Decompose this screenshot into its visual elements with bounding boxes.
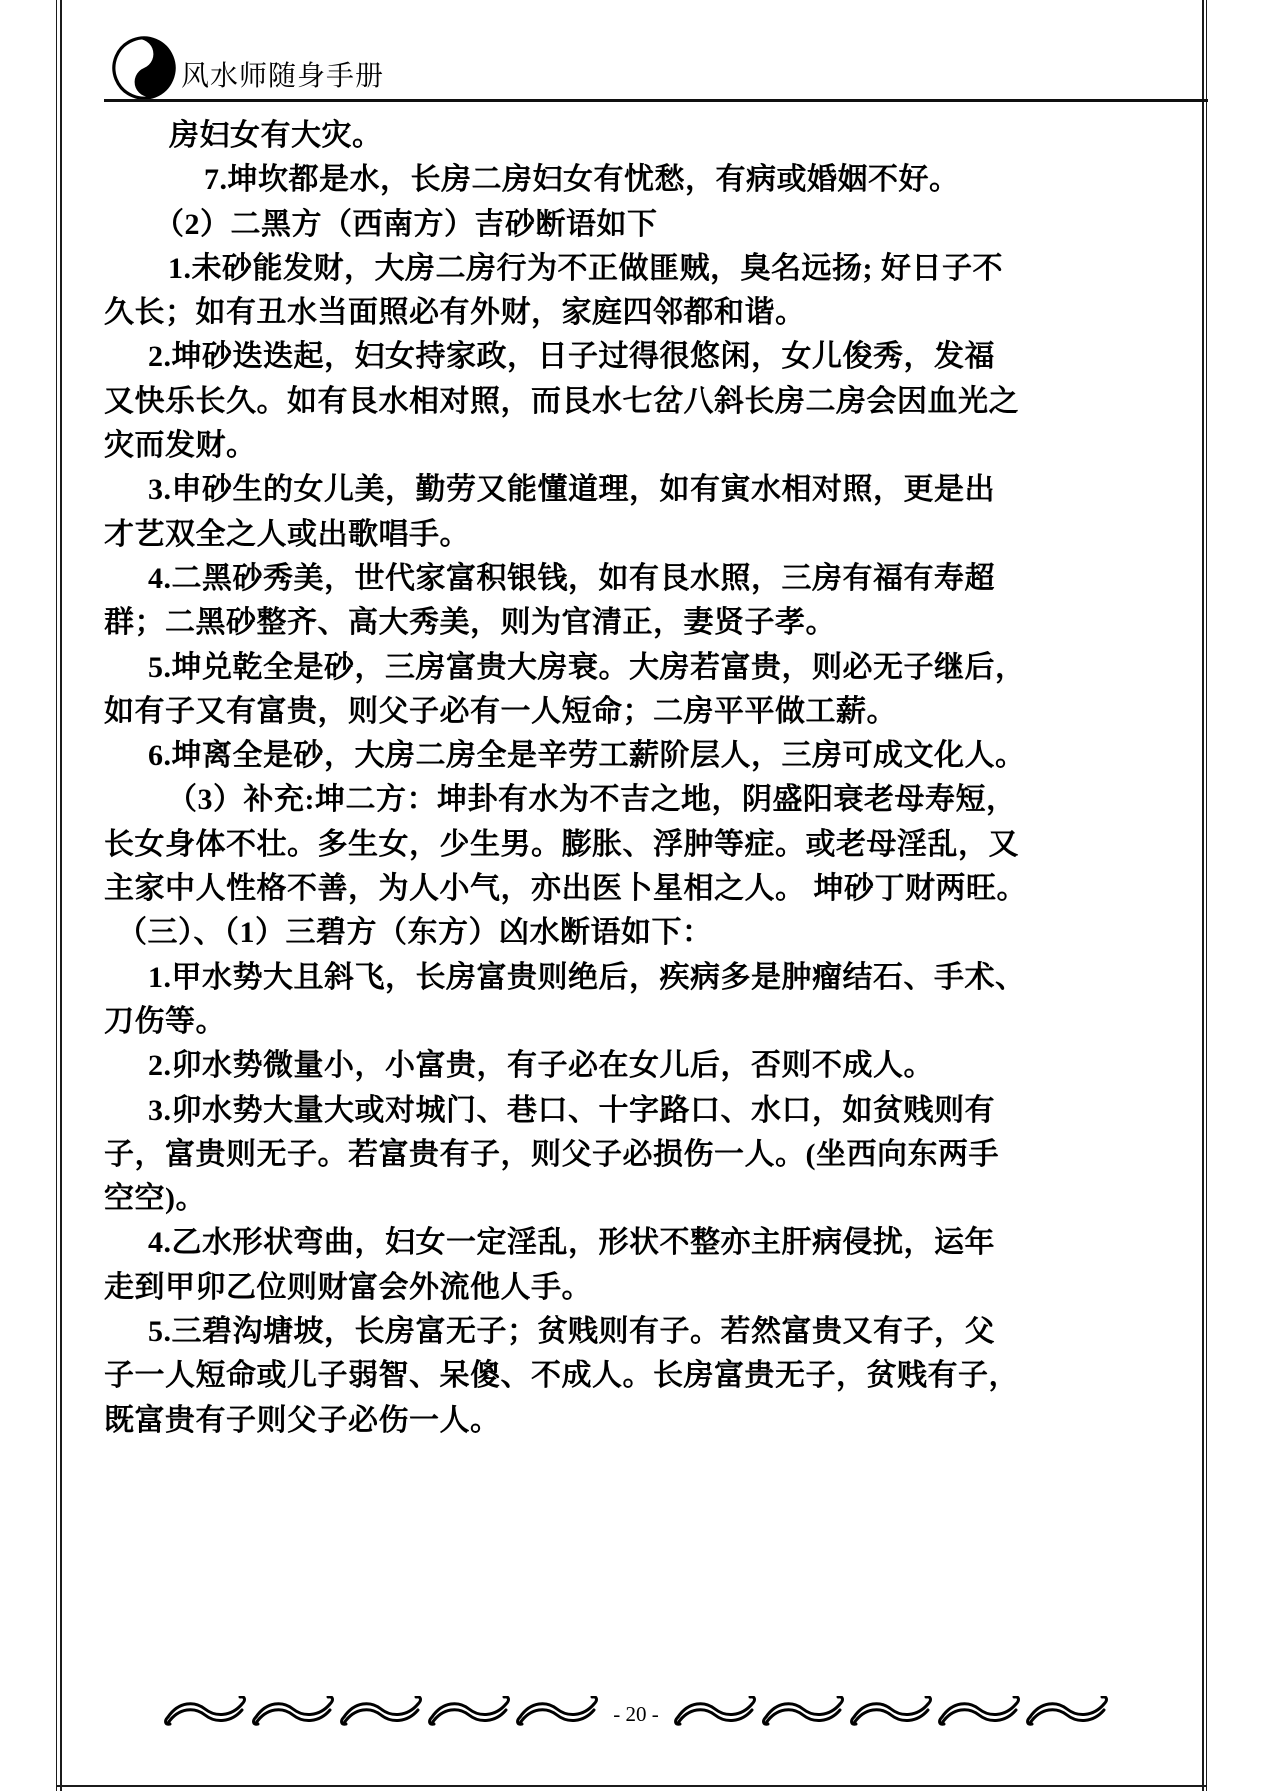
body-text-line: 又快乐长久。如有艮水相对照，而艮水七岔八斜长房二房会因血光之 (104, 380, 1034, 424)
swash-ornament-icon (847, 1696, 935, 1733)
body-text-line: 灾而发财。 (104, 424, 1034, 468)
book-page: 风水师随身手册 房妇女有大灾。7.坤坎都是水，长房二房妇女有忧愁，有病或婚姻不好… (0, 0, 1268, 1791)
page-body: 房妇女有大灾。7.坤坎都是水，长房二房妇女有忧愁，有病或婚姻不好。（2）二黑方（… (104, 114, 1034, 1443)
body-text-line: 3.卯水势大量大或对城门、巷口、十字路口、水口，如贫贱则有 (104, 1089, 1034, 1133)
page-border-bottom (56, 1785, 1207, 1787)
footer-ornament-right (671, 1696, 1111, 1733)
body-text-line: 7.坤坎都是水，长房二房妇女有忧愁，有病或婚姻不好。 (104, 158, 1034, 202)
body-text-line: （三）、（1）三碧方（东方）凶水断语如下： (104, 911, 1034, 955)
body-text-line: 1.甲水势大且斜飞，长房富贵则绝后，疾病多是肿瘤结石、手术、 (104, 956, 1034, 1000)
body-text-line: 1.未砂能发财，大房二房行为不正做匪贼，臭名远扬; 好日子不 (104, 247, 1034, 291)
body-text-line: 子一人短命或儿子弱智、呆傻、不成人。长房富贵无子，贫贱有子， (104, 1354, 1034, 1398)
body-text-line: 5.坤兑乾全是砂，三房富贵大房衰。大房若富贵，则必无子继后， (104, 646, 1034, 690)
page-number: - 20 - (613, 1702, 659, 1727)
body-text-line: 5.三碧沟塘坡，长房富无子；贫贱则有子。若然富贵又有子，父 (104, 1310, 1034, 1354)
body-text-line: 4.乙水形状弯曲，妇女一定淫乱，形状不整亦主肝病侵扰，运年 (104, 1221, 1034, 1265)
page-footer: - 20 - (104, 1690, 1168, 1738)
swash-ornament-icon (249, 1696, 337, 1733)
header-rule (104, 99, 1208, 102)
body-text-line: 4.二黑砂秀美，世代家富积银钱，如有艮水照，三房有福有寿超 (104, 557, 1034, 601)
body-text-line: 子，富贵则无子。若富贵有子，则父子必损伤一人。(坐西向东两手 (104, 1133, 1034, 1177)
body-text-line: 群；二黑砂整齐、高大秀美，则为官清正，妻贤子孝。 (104, 601, 1034, 645)
body-text-line: 2.坤砂迭迭起，妇女持家政，日子过得很悠闲，女儿俊秀，发福 (104, 335, 1034, 379)
body-text-line: 6.坤离全是砂，大房二房全是辛劳工薪阶层人，三房可成文化人。 (104, 734, 1034, 778)
body-text-line: 久长；如有丑水当面照必有外财，家庭四邻都和谐。 (104, 291, 1034, 335)
body-text-line: 3.申砂生的女儿美，勤劳又能懂道理，如有寅水相对照，更是出 (104, 468, 1034, 512)
swash-ornament-icon (425, 1696, 513, 1733)
page-border-right-inner (1202, 0, 1204, 1791)
book-title: 风水师随身手册 (181, 60, 384, 94)
body-text-line: 刀伤等。 (104, 1000, 1034, 1044)
body-text-line: 如有子又有富贵，则父子必有一人短命；二房平平做工薪。 (104, 690, 1034, 734)
body-text-line: 才艺双全之人或出歌唱手。 (104, 513, 1034, 557)
swash-ornament-icon (513, 1696, 601, 1733)
body-text-line: 既富贵有子则父子必伤一人。 (104, 1399, 1034, 1443)
page-border-left-inner (60, 0, 62, 1791)
swash-ornament-icon (337, 1696, 425, 1733)
body-text-line: （2）二黑方（西南方）吉砂断语如下 (104, 203, 1034, 247)
body-text-line: 房妇女有大灾。 (104, 114, 1034, 158)
swash-ornament-icon (1023, 1696, 1111, 1733)
body-text-line: 长女身体不壮。多生女，少生男。膨胀、浮肿等症。或老母淫乱，又 (104, 823, 1034, 867)
page-border-right-outer (1206, 0, 1207, 1791)
body-text-line: 空空)。 (104, 1177, 1034, 1221)
footer-ornament-left (161, 1696, 601, 1733)
body-text-line: 走到甲卯乙位则财富会外流他人手。 (104, 1266, 1034, 1310)
page-border-left-outer (56, 0, 57, 1791)
swash-ornament-icon (759, 1696, 847, 1733)
body-text-line: 主家中人性格不善，为人小气，亦出医卜星相之人。 坤砂丁财两旺。 (104, 867, 1034, 911)
body-text-line: （3）补充:坤二方：坤卦有水为不吉之地，阴盛阳衰老母寿短， (104, 778, 1034, 822)
body-text-line: 2.卯水势微量小，小富贵，有子必在女儿后，否则不成人。 (104, 1044, 1034, 1088)
swash-ornament-icon (671, 1696, 759, 1733)
swash-ornament-icon (161, 1696, 249, 1733)
swash-ornament-icon (935, 1696, 1023, 1733)
yin-yang-icon (112, 36, 176, 100)
